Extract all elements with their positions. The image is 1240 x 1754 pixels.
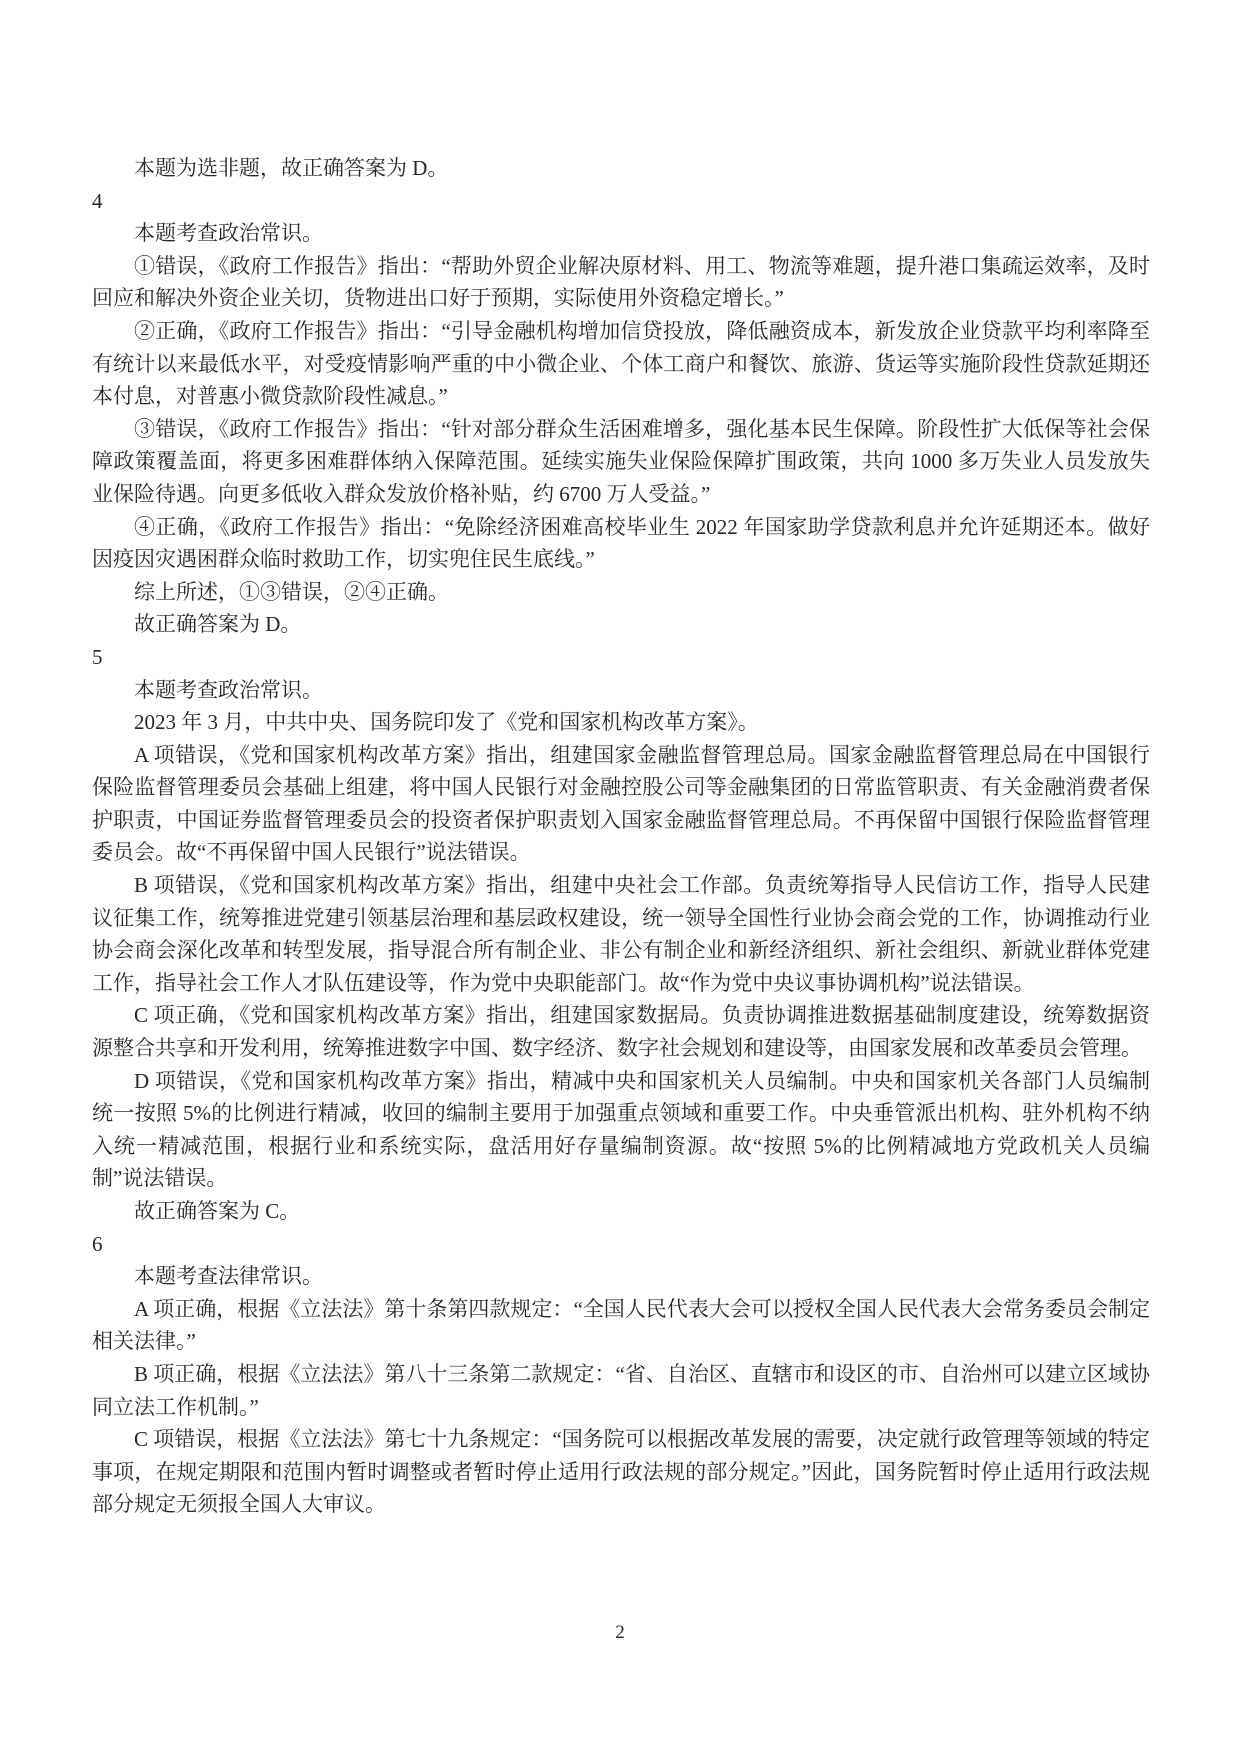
paragraph: A 项正确，根据《立法法》第十条第四款规定：“全国人民代表大会可以授权全国人民代… bbox=[92, 1293, 1150, 1358]
page-number: 2 bbox=[615, 1622, 625, 1643]
paragraph: ③错误，《政府工作报告》指出：“针对部分群众生活困难增多，强化基本民生保障。阶段… bbox=[92, 413, 1150, 511]
paragraph: D 项错误，《党和国家机构改革方案》指出，精减中央和国家机关人员编制。中央和国家… bbox=[92, 1065, 1150, 1195]
paragraph: 本题考查政治常识。 bbox=[92, 674, 1150, 707]
paragraph: C 项错误，根据《立法法》第七十九条规定：“国务院可以根据改革发展的需要，决定就… bbox=[92, 1423, 1150, 1521]
question-number: 5 bbox=[92, 641, 1150, 674]
paragraph: 故正确答案为 D。 bbox=[92, 608, 1150, 641]
paragraph: 故正确答案为 C。 bbox=[92, 1195, 1150, 1228]
question-number: 4 bbox=[92, 185, 1150, 218]
document-body: 本题为选非题，故正确答案为 D。4本题考查政治常识。①错误，《政府工作报告》指出… bbox=[92, 152, 1150, 1521]
paragraph: B 项错误，《党和国家机构改革方案》指出，组建中央社会工作部。负责统筹指导人民信… bbox=[92, 869, 1150, 999]
paragraph: 本题为选非题，故正确答案为 D。 bbox=[92, 152, 1150, 185]
page-footer: 2 bbox=[0, 1622, 1240, 1644]
paragraph: A 项错误，《党和国家机构改革方案》指出，组建国家金融监督管理总局。国家金融监督… bbox=[92, 739, 1150, 869]
paragraph: 综上所述，①③错误，②④正确。 bbox=[92, 576, 1150, 609]
paragraph: ①错误，《政府工作报告》指出：“帮助外贸企业解决原材料、用工、物流等难题，提升港… bbox=[92, 250, 1150, 315]
question-number: 6 bbox=[92, 1228, 1150, 1261]
paragraph: 本题考查法律常识。 bbox=[92, 1260, 1150, 1293]
paragraph: C 项正确，《党和国家机构改革方案》指出，组建国家数据局。负责协调推进数据基础制… bbox=[92, 999, 1150, 1064]
paragraph: 2023 年 3 月，中共中央、国务院印发了《党和国家机构改革方案》。 bbox=[92, 706, 1150, 739]
paragraph: ②正确，《政府工作报告》指出：“引导金融机构增加信贷投放，降低融资成本，新发放企… bbox=[92, 315, 1150, 413]
document-page: 本题为选非题，故正确答案为 D。4本题考查政治常识。①错误，《政府工作报告》指出… bbox=[0, 0, 1240, 1754]
paragraph: 本题考查政治常识。 bbox=[92, 217, 1150, 250]
paragraph: ④正确，《政府工作报告》指出：“免除经济困难高校毕业生 2022 年国家助学贷款… bbox=[92, 511, 1150, 576]
paragraph: B 项正确，根据《立法法》第八十三条第二款规定：“省、自治区、直辖市和设区的市、… bbox=[92, 1358, 1150, 1423]
